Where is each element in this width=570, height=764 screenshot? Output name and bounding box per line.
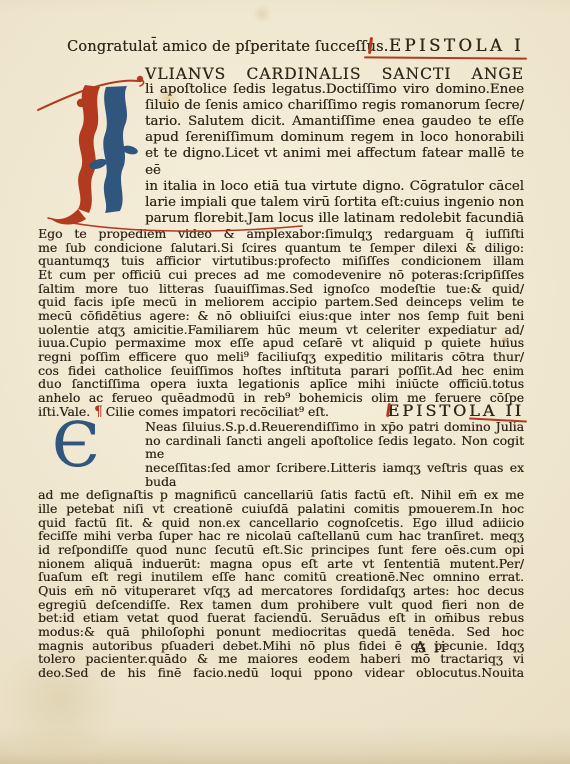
text-line: ad me deſignaſtis p magnificū cancellari… (38, 488, 524, 502)
rubric-text: Cilie comes impatori recōciliat⁹ eſt. (106, 405, 329, 419)
text-line: nionem aliquā induerūt: magna opus eſt a… (38, 557, 524, 571)
text-line: li apoſtolice ſedis legatus.Doctiſſimo v… (145, 82, 524, 98)
epistola-1-heading: EPISTOLA I (389, 36, 524, 55)
text-line: cos fidei catholice ſeuiſſimos hoſtes in… (38, 364, 524, 378)
rubric-underline-epistola-1 (364, 56, 527, 59)
text-line: larie impiali que talem virū ſortita eſt… (145, 195, 524, 211)
text-line: parum florebit.Jam locus ille latinam re… (145, 211, 524, 227)
text-line: ſaltim more tuo litteras ſuauiſſimas.Sed… (38, 282, 524, 296)
text-line: duo ſanctiſſima opera iuxta legationis a… (38, 377, 524, 391)
text-line: apud ſereniſſimum dominum regem in loco … (145, 130, 524, 146)
text-line: egregiū deſcendiſſe. Rex tamen dum prohi… (38, 598, 524, 612)
text-line: magnis autoribus pſuaderi debet.Mihi nō … (38, 639, 524, 653)
text-block: Congratulat̄ amico de pſperitate ſucceſſ… (38, 36, 524, 680)
text-line: id reſpondiſſe quod nunc ſecutū eſt.Sic … (38, 543, 524, 557)
text-line: feciſſe mihi verba ſuper hac re nicolaū … (38, 529, 524, 543)
text-line: tolero pacienter.quādo & me maiores eode… (38, 652, 524, 666)
running-title: Congratulat̄ amico de pſperitate ſucceſſ… (67, 39, 389, 55)
incunabulum-page: Congratulat̄ amico de pſperitate ſucceſſ… (0, 0, 570, 764)
text-line: quid factū ſit. & quid non.ex cancellari… (38, 516, 524, 530)
epistola-1-body-lines: Ego te propediem video & amplexabor:ſimu… (38, 227, 524, 405)
epistola-2-heading-text: EPISTOLA II (388, 401, 524, 420)
illuminated-initial-e: Є (52, 416, 99, 474)
text-line: me ſub condicione ſalutari.Si ſcires qua… (38, 241, 524, 255)
incipit-line: VLIANVS CARDINALIS SANCTI ANGE (145, 66, 524, 82)
page-header: Congratulat̄ amico de pſperitate ſucceſſ… (38, 36, 524, 63)
text-line: deo.Sed de his finē facio.nedū loqui ppo… (38, 666, 524, 680)
epistola-2-section: Є Neas ſiluius.S.p.d.Reuerendiſſimo in x… (38, 420, 524, 679)
epistola-2-body-lines: ad me deſignaſtis p magnificū cancellari… (38, 488, 524, 679)
signature-mark: A ii (415, 640, 447, 656)
text-line: no cardinali ſancti angeli apoſtolice ſe… (145, 434, 524, 461)
text-line: mecū cōfidētius agere: & nō obliuiſci ei… (38, 309, 524, 323)
text-line: regni poſſim efficere quo meli⁹ faciliuſ… (38, 350, 524, 364)
text-line: in italia in loco etiā tua virtute digno… (145, 179, 524, 195)
text-line: bet:id etiam vetat quod fuerat faciendū.… (38, 611, 524, 625)
text-line: ſuaſum eſt regi inutilem eſſe hanc comit… (38, 570, 524, 584)
text-line: quantumqʒ tuis afficior virtutibus:profe… (38, 254, 524, 268)
text-line: Ego te propediem video & amplexabor:ſimu… (38, 227, 524, 241)
text-line: Quis em̄ nō vituperaret vſqʒ ad mercator… (38, 584, 524, 598)
epistola-1-indented-lines: li apoſtolice ſedis legatus.Doctiſſimo v… (38, 82, 524, 227)
text-line: ille petebat niſi vt creationē cuiuſdā p… (38, 502, 524, 516)
text-line: uolentie atqʒ amicitie.Familiarem hūc me… (38, 323, 524, 337)
epistola-1-section: VLIANVS CARDINALIS SANCTI ANGE li apoſto… (38, 66, 524, 420)
text-line: Neas ſiluius.S.p.d.Reuerendiſſimo in xp̄… (145, 420, 524, 434)
text-line: Et cum per officiū cui preces ad me como… (38, 268, 524, 282)
text-line: neceſſitas:ſed amor ſcribere.Litteris ia… (145, 461, 524, 488)
text-line: et te digno.Licet vt animi mei affectum … (145, 146, 524, 178)
text-line: ſiluio de ſenis amico chariſſimo regis r… (145, 98, 524, 114)
text-line: quid facis ipſe mecū in meliorem accipio… (38, 295, 524, 309)
text-line: tario. Salutem dicit. Amantiſſime enea g… (145, 114, 524, 130)
text-line: modus:& quā philoſophi ponunt mediocrita… (38, 625, 524, 639)
epistola-2-indented-lines: Neas ſiluius.S.p.d.Reuerendiſſimo in xp̄… (38, 420, 524, 488)
epistola-1-closing-line: iſti.Vale. ¶ Cilie comes impatori recōci… (38, 404, 524, 420)
epistola-2-heading: EPISTOLA II (388, 404, 524, 418)
text-line: iuua.Cupio permaxime mox eſſe apud ceſar… (38, 336, 524, 350)
